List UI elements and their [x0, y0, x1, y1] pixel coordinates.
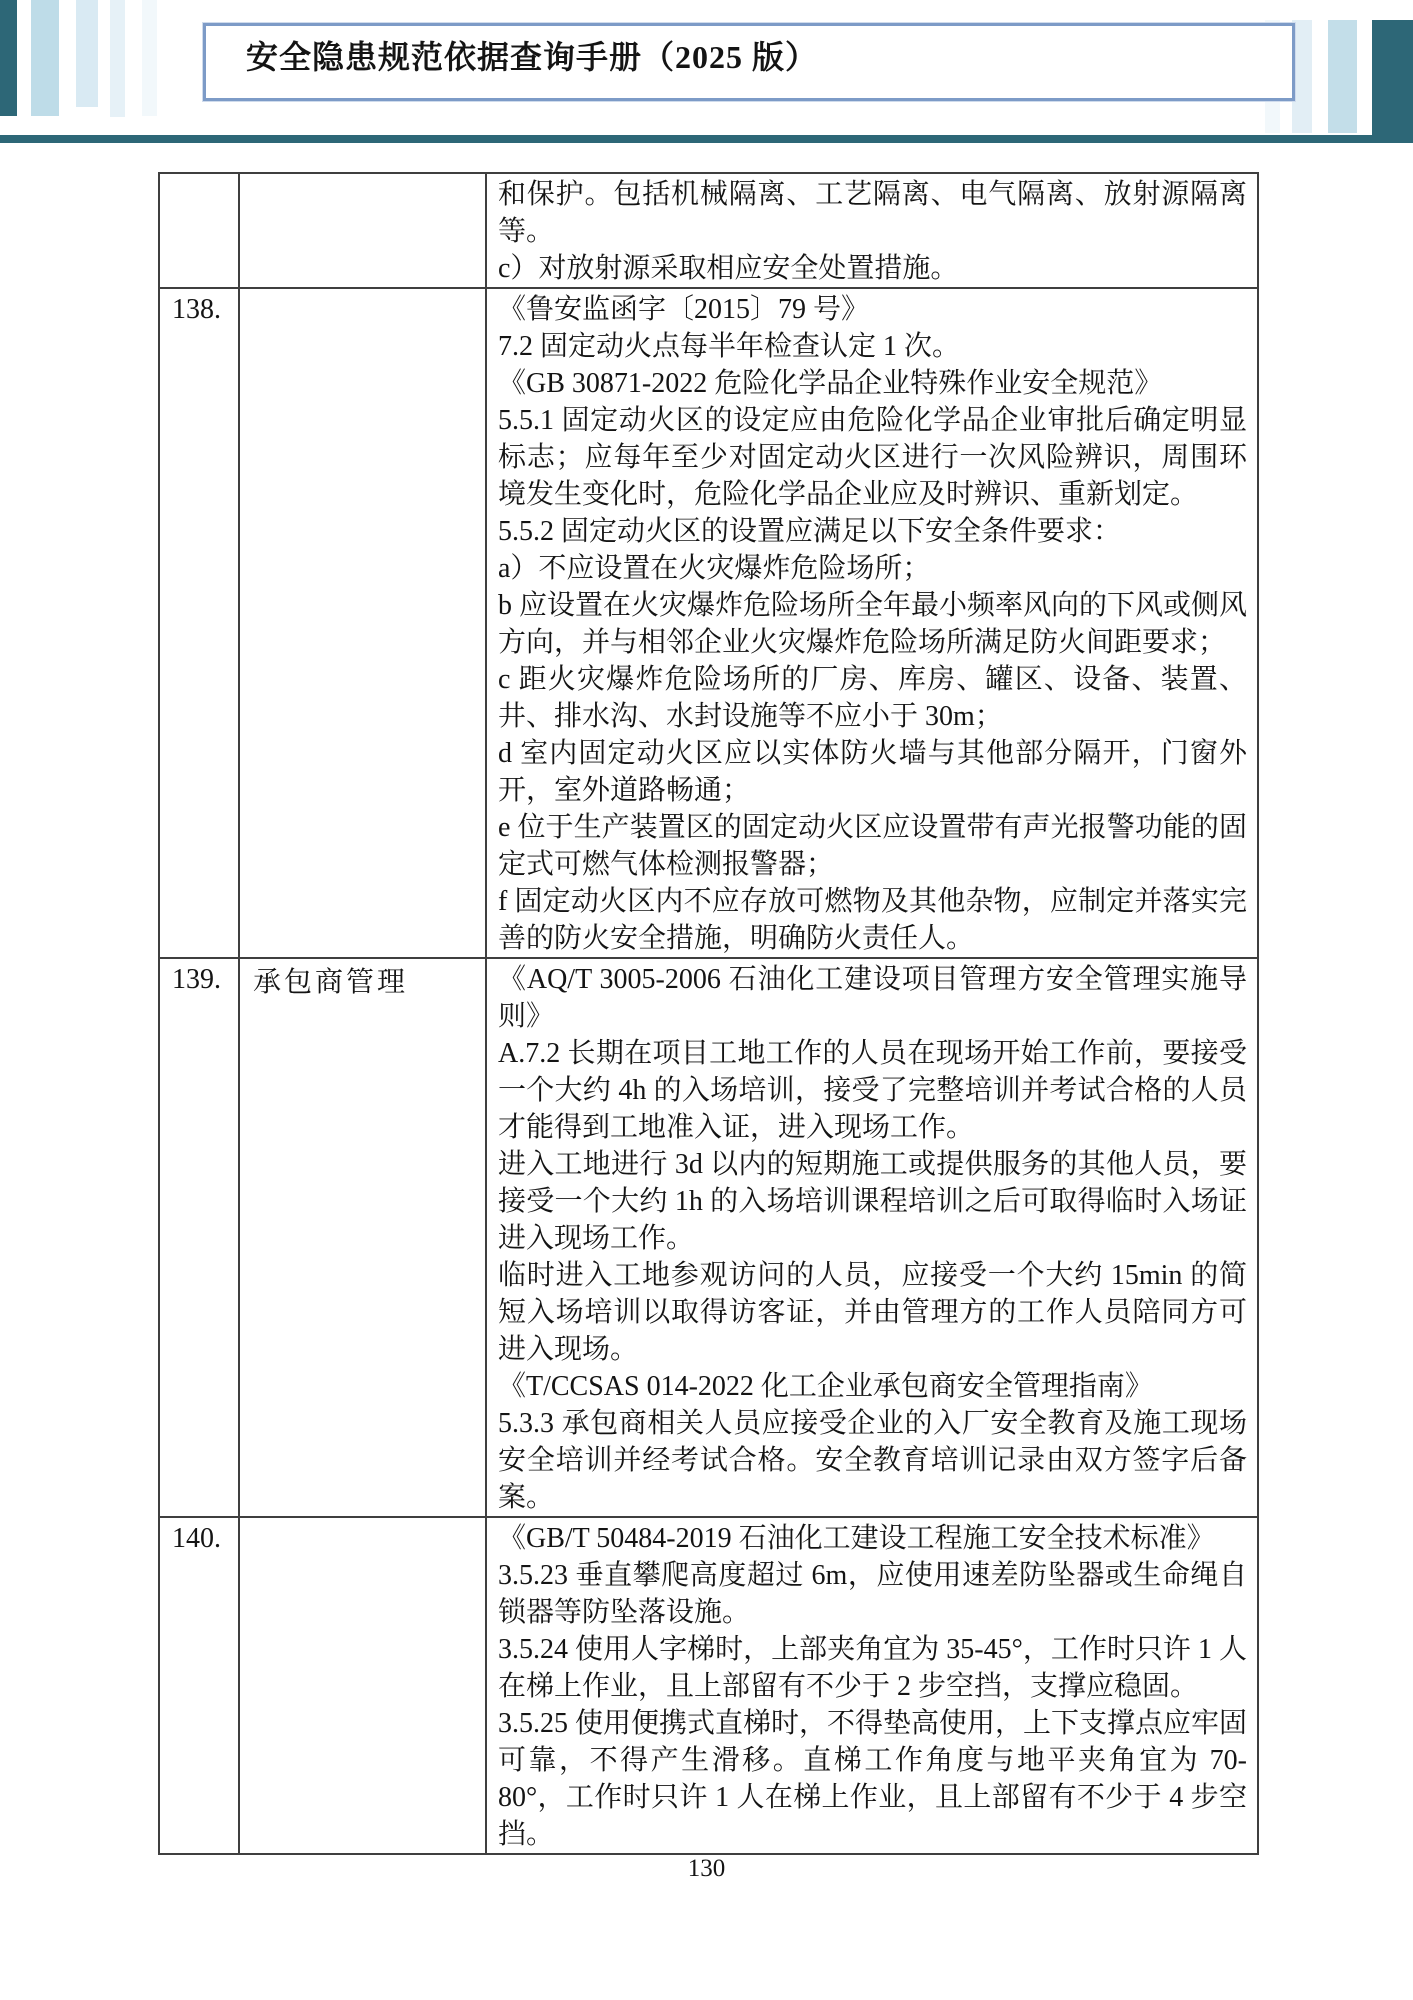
header-accent-bar-left-4: [142, 0, 157, 116]
paragraph: 3.5.23 垂直攀爬高度超过 6m，应使用速差防坠器或生命绳自锁器等防坠落设施…: [498, 1557, 1247, 1631]
header-accent-bar-right-2: [1328, 20, 1357, 133]
table-row-138: 138. 《鲁安监函字〔2015〕79 号》7.2 固定动火点每半年检查认定 1…: [159, 288, 1258, 958]
document-title-box: 安全隐患规范依据查询手册（2025 版）: [203, 23, 1295, 101]
row-number-cell: 138.: [159, 288, 239, 958]
paragraph: 临时进入工地参观访问的人员，应接受一个大约 15min 的简短入场培训以取得访客…: [498, 1257, 1247, 1368]
header-accent-bar-right-3: [1292, 20, 1312, 133]
paragraph: 5.3.3 承包商相关人员应接受企业的入厂安全教育及施工现场安全培训并经考试合格…: [498, 1405, 1247, 1516]
paragraph: e 位于生产装置区的固定动火区应设置带有声光报警功能的固定式可燃气体检测报警器；: [498, 809, 1247, 883]
header-accent-block-right-dark: [1372, 20, 1413, 143]
table-row-continuation: 和保护。包括机械隔离、工艺隔离、电气隔离、放射源隔离等。c）对放射源采取相应安全…: [159, 173, 1258, 288]
header-accent-bar-left-3: [110, 0, 125, 117]
row-content-cell: 《AQ/T 3005-2006 石油化工建设项目管理方安全管理实施导则》A.7.…: [486, 958, 1258, 1517]
paragraph: d 室内固定动火区应以实体防火墙与其他部分隔开，门窗外开，室外道路畅通；: [498, 735, 1247, 809]
header-accent-bar-left-1: [31, 0, 59, 116]
paragraph: 《鲁安监函字〔2015〕79 号》: [498, 291, 1247, 328]
paragraph: 进入工地进行 3d 以内的短期施工或提供服务的其他人员，要接受一个大约 1h 的…: [498, 1146, 1247, 1257]
paragraph: 《T/CCSAS 014-2022 化工企业承包商安全管理指南》: [498, 1368, 1247, 1405]
row-content-cell: 《鲁安监函字〔2015〕79 号》7.2 固定动火点每半年检查认定 1 次。《G…: [486, 288, 1258, 958]
header-accent-bar-left-2: [76, 0, 98, 107]
table-row-139: 139. 承包商管理 《AQ/T 3005-2006 石油化工建设项目管理方安全…: [159, 958, 1258, 1517]
document-page: { "header": { "title": "安全隐患规范依据查询手册（202…: [0, 0, 1413, 2000]
row-category-cell: [239, 1517, 486, 1854]
paragraph: f 固定动火区内不应存放可燃物及其他杂物，应制定并落实完善的防火安全措施，明确防…: [498, 883, 1247, 957]
document-title: 安全隐患规范依据查询手册（2025 版）: [246, 40, 1292, 74]
paragraph: 《GB/T 50484-2019 石油化工建设工程施工安全技术标准》: [498, 1520, 1247, 1557]
table-row-140: 140. 《GB/T 50484-2019 石油化工建设工程施工安全技术标准》3…: [159, 1517, 1258, 1854]
paragraph: A.7.2 长期在项目工地工作的人员在现场开始工作前，要接受一个大约 4h 的入…: [498, 1035, 1247, 1146]
page-number: 130: [0, 1855, 1413, 1883]
row-content-cell: 《GB/T 50484-2019 石油化工建设工程施工安全技术标准》3.5.23…: [486, 1517, 1258, 1854]
paragraph: 5.5.2 固定动火区的设置应满足以下安全条件要求：: [498, 513, 1247, 550]
header-divider-bar: [0, 135, 1413, 143]
paragraph: c 距火灾爆炸危险场所的厂房、库房、罐区、设备、装置、井、排水沟、水封设施等不应…: [498, 661, 1247, 735]
paragraph: 《GB 30871-2022 危险化学品企业特殊作业安全规范》: [498, 365, 1247, 402]
row-number-cell: 139.: [159, 958, 239, 1517]
regulations-table: 和保护。包括机械隔离、工艺隔离、电气隔离、放射源隔离等。c）对放射源采取相应安全…: [158, 172, 1259, 1855]
paragraph: 《AQ/T 3005-2006 石油化工建设项目管理方安全管理实施导则》: [498, 961, 1247, 1035]
paragraph: 3.5.25 使用便携式直梯时，不得垫高使用，上下支撑点应牢固可靠，不得产生滑移…: [498, 1705, 1247, 1853]
row-category-cell: [239, 173, 486, 288]
row-number-cell: [159, 173, 239, 288]
paragraph: 和保护。包括机械隔离、工艺隔离、电气隔离、放射源隔离等。: [498, 176, 1247, 250]
row-category-cell: [239, 288, 486, 958]
row-content-cell: 和保护。包括机械隔离、工艺隔离、电气隔离、放射源隔离等。c）对放射源采取相应安全…: [486, 173, 1258, 288]
row-number-cell: 140.: [159, 1517, 239, 1854]
paragraph: a）不应设置在火灾爆炸危险场所；: [498, 550, 1247, 587]
paragraph: 3.5.24 使用人字梯时，上部夹角宜为 35-45°，工作时只许 1 人在梯上…: [498, 1631, 1247, 1705]
row-category-cell: 承包商管理: [239, 958, 486, 1517]
paragraph: c）对放射源采取相应安全处置措施。: [498, 250, 1247, 287]
paragraph: 5.5.1 固定动火区的设定应由危险化学品企业审批后确定明显标志；应每年至少对固…: [498, 402, 1247, 513]
paragraph: 7.2 固定动火点每半年检查认定 1 次。: [498, 328, 1247, 365]
header-accent-bar-left-dark: [0, 0, 17, 116]
paragraph: b 应设置在火灾爆炸危险场所全年最小频率风向的下风或侧风方向，并与相邻企业火灾爆…: [498, 587, 1247, 661]
